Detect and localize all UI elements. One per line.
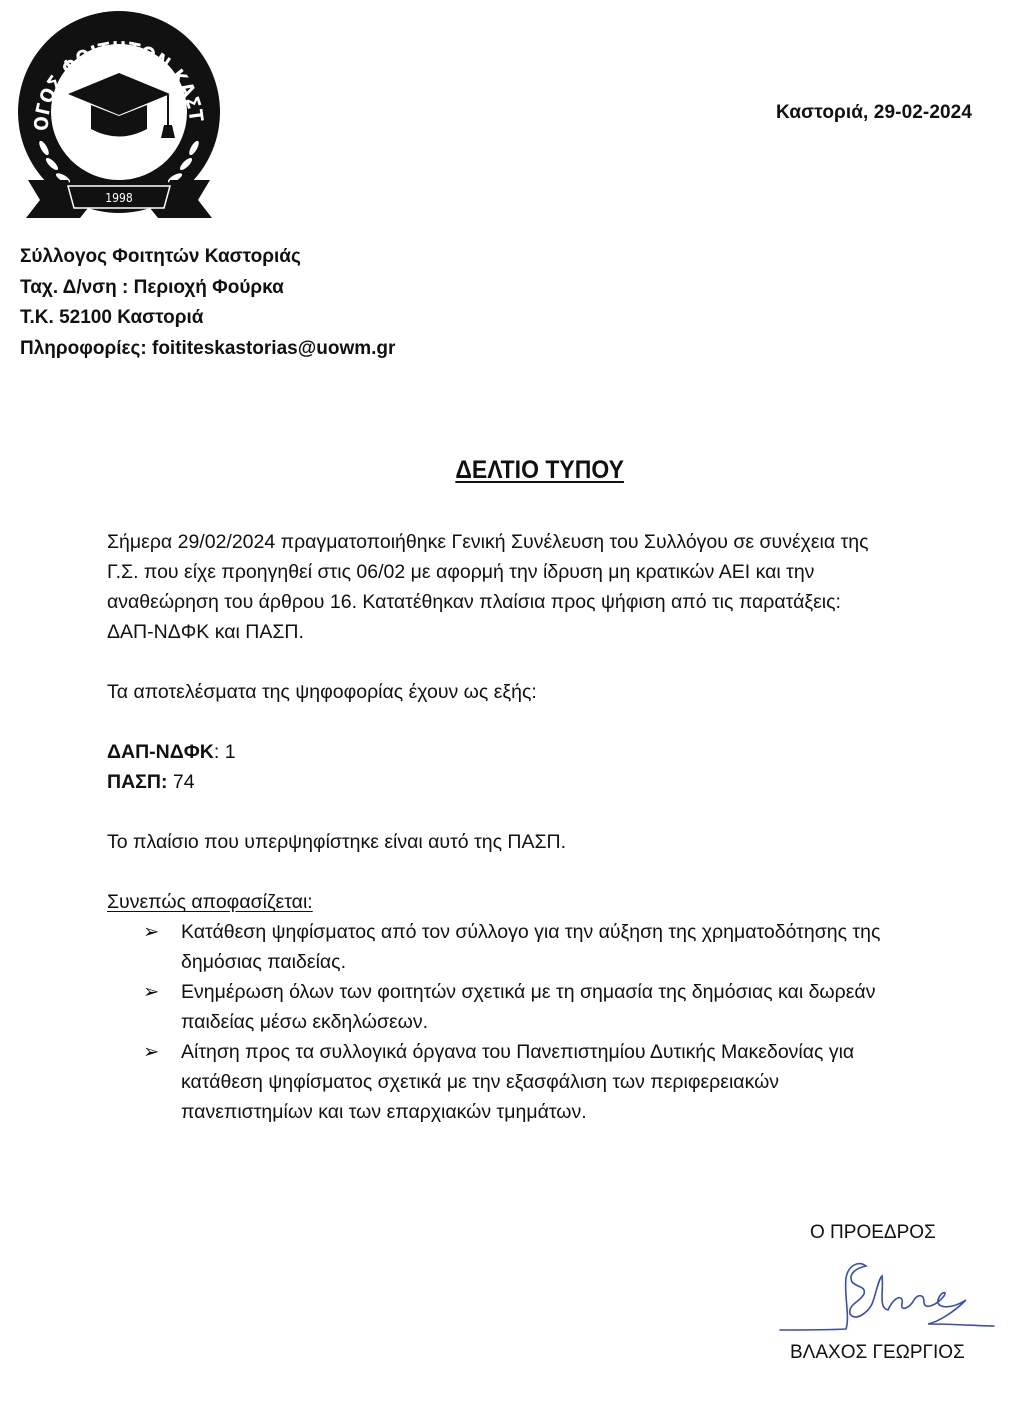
arrow-bullet-icon: ➢ (143, 917, 163, 947)
handwritten-signature (778, 1256, 998, 1336)
outcome-statement: Το πλαίσιο που υπερψηφίστηκε είναι αυτό … (107, 827, 982, 857)
document-title: ΔΕΛΤΙΟ ΤΥΠΟΥ (456, 456, 625, 485)
arrow-bullet-icon: ➢ (143, 1037, 163, 1067)
results-intro: Τα αποτελέσματα της ψηφοφορίας έχουν ως … (107, 677, 982, 707)
organization-info: Σύλλογος Φοιτητών Καστοριάς Ταχ. Δ/νση :… (20, 242, 395, 364)
organization-address: Ταχ. Δ/νση : Περιοχή Φούρκα (20, 273, 395, 304)
signatory-role: Ο ΠΡΟΕΔΡΟΣ (810, 1222, 936, 1244)
result-row: ΠΑΣΠ: 74 (107, 767, 982, 797)
intro-line: αναθεώρηση του άρθρου 16. Κατατέθηκαν πλ… (107, 587, 982, 617)
document-title-container: ΔΕΛΤΙΟ ΤΥΠΟΥ (0, 456, 1010, 485)
intro-line: ΔΑΠ-ΝΔΦΚ και ΠΑΣΠ. (107, 617, 982, 647)
result-votes: 1 (225, 741, 236, 763)
result-faction: ΔΑΠ-ΝΔΦΚ (107, 741, 214, 763)
place-date: Καστοριά, 29-02-2024 (776, 102, 972, 124)
organization-postal: Τ.Κ. 52100 Καστοριά (20, 303, 395, 334)
decisions-list: ➢ Κατάθεση ψηφίσματος από τον σύλλογο γι… (107, 917, 982, 1127)
association-logo: ΣΥΛΛΟΓΟΣ ΦΟΙΤΗΤΩΝ ΚΑΣΤΟΡΙΑΣ 1998 (18, 8, 220, 223)
organization-contact: Πληροφορίες: foititeskastorias@uowm.gr (20, 334, 395, 365)
logo-emblem: ΣΥΛΛΟΓΟΣ ΦΟΙΤΗΤΩΝ ΚΑΣΤΟΡΙΑΣ 1998 (18, 8, 220, 223)
result-faction: ΠΑΣΠ (107, 771, 161, 793)
decisions-heading: Συνεπώς αποφασίζεται: (107, 887, 982, 917)
contact-email[interactable]: foititeskastorias@uowm.gr (152, 338, 395, 359)
contact-label: Πληροφορίες: (20, 338, 147, 359)
signatory-name: ΒΛΑΧΟΣ ΓΕΩΡΓΙΟΣ (790, 1342, 965, 1364)
decision-item: ➢ Κατάθεση ψηφίσματος από τον σύλλογο γι… (105, 917, 982, 977)
intro-line: Γ.Σ. που είχε προηγηθεί στις 06/02 με αφ… (107, 557, 982, 587)
decision-item: ➢ Αίτηση προς τα συλλογικά όργανα του Πα… (105, 1037, 982, 1127)
organization-name: Σύλλογος Φοιτητών Καστοριάς (20, 242, 395, 273)
arrow-bullet-icon: ➢ (143, 977, 163, 1007)
logo-year: 1998 (105, 191, 133, 205)
result-row: ΔΑΠ-ΝΔΦΚ: 1 (107, 737, 982, 767)
intro-line: Σήμερα 29/02/2024 πραγματοποιήθηκε Γενικ… (107, 527, 982, 557)
decision-item: ➢ Ενημέρωση όλων των φοιτητών σχετικά με… (105, 977, 982, 1037)
document-body: Σήμερα 29/02/2024 πραγματοποιήθηκε Γενικ… (107, 527, 982, 1127)
result-votes: 74 (173, 771, 195, 793)
